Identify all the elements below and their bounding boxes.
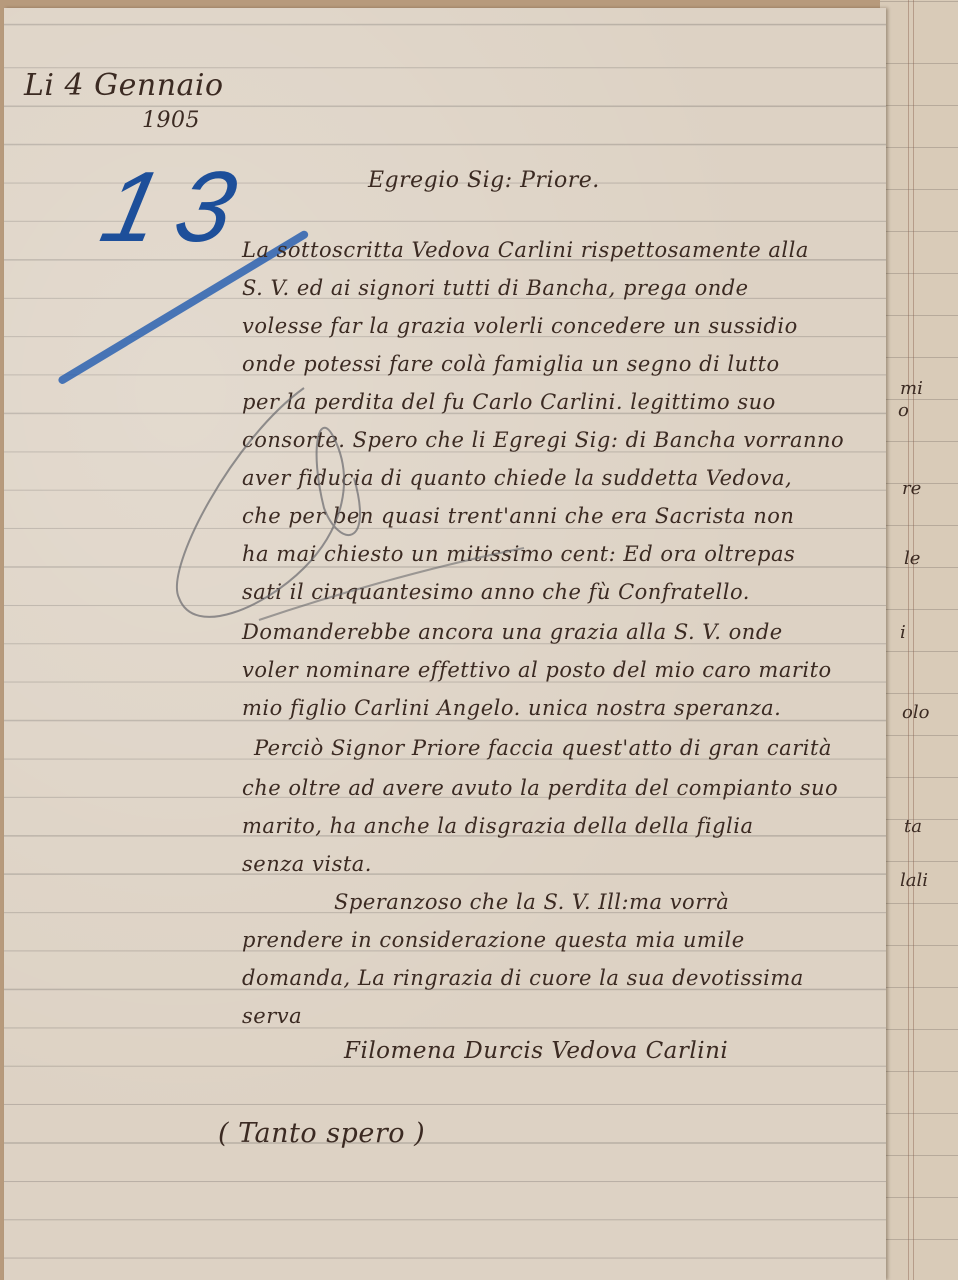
body-line: La sottoscritta Vedova Carlini rispettos… [242,238,809,262]
letter-page: Li 4 Gennaio 1905 13 Egregio Sig: Priore… [4,8,886,1280]
body-line: prendere in considerazione questa mia um… [242,928,745,952]
postscript: ( Tanto spero ) [218,1118,425,1149]
body-line: voler nominare effettivo al posto del mi… [242,658,832,682]
body-line: onde potessi fare colà famiglia un segno… [242,352,780,376]
body-line: serva [242,1004,302,1028]
margin-fragment: o [898,400,909,421]
body-line: Domanderebbe ancora una grazia alla S. V… [242,620,783,644]
margin-fragment: mi [900,378,923,399]
signature: Filomena Durcis Vedova Carlini [344,1038,728,1064]
body-line: aver fiducia di quanto chiede la suddett… [242,466,792,490]
date-year: 1905 [142,108,200,133]
margin-rule [908,0,909,1280]
body-line: per la perdita del fu Carlo Carlini. leg… [242,390,776,414]
body-line: che per ben quasi trent'anni che era Sac… [242,504,794,528]
margin-fragment: ta [904,816,922,837]
margin-fragment: i [900,622,906,643]
body-line: Perciò Signor Priore faccia quest'atto d… [254,736,832,760]
margin-rule [913,0,914,1280]
body-line: consorte. Spero che li Egregi Sig: di Ba… [242,428,844,452]
margin-fragment: le [904,548,920,569]
body-line: marito, ha anche la disgrazia della dell… [242,814,753,838]
salutation: Egregio Sig: Priore. [368,168,600,193]
blue-pencil-number-annotation: 13 [92,150,264,265]
body-line: che oltre ad avere avuto la perdita del … [242,776,838,800]
date-line: Li 4 Gennaio [24,68,224,103]
body-line: S. V. ed ai signori tutti di Bancha, pre… [242,276,749,300]
margin-fragment: re [902,478,921,499]
margin-fragment: olo [902,702,929,723]
body-line: volesse far la grazia volerli concedere … [242,314,798,338]
margin-fragment: lali [900,870,928,891]
body-line: domanda, La ringrazia di cuore la sua de… [242,966,804,990]
body-line: Speranzoso che la S. V. Ill:ma vorrà [334,890,729,914]
body-line: mio figlio Carlini Angelo. unica nostra … [242,696,781,720]
underlying-page: mi o re le i olo ta lali [880,0,958,1280]
body-line: sati il cinquantesimo anno che fù Confra… [242,580,750,604]
body-line: ha mai chiesto un mitissimo cent: Ed ora… [242,542,795,566]
body-line: senza vista. [242,852,372,876]
